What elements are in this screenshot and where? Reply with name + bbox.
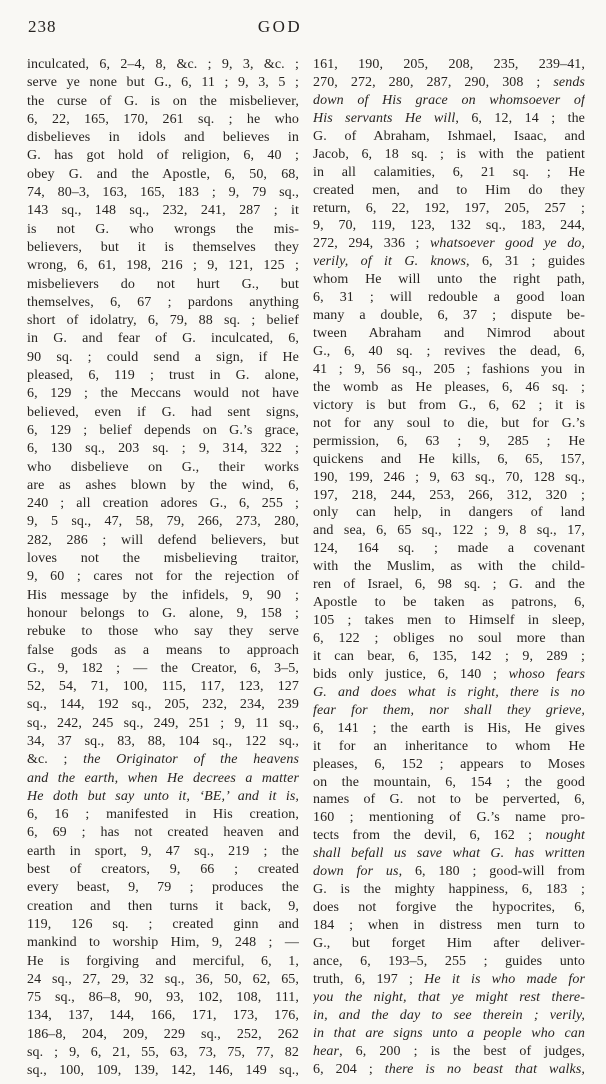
text-line: permission, 6, 63 ; 9, 285 ; He xyxy=(313,433,585,451)
text-line: Jacob, 6, 18 sq. ; is with the patient xyxy=(313,146,585,164)
text-line: shall befall us save what G. has written xyxy=(313,845,585,863)
text-line: fear for them, nor shall they grieve, xyxy=(313,702,585,720)
text-line: 272, 294, 336 ; whatsoever good ye do, xyxy=(313,235,585,253)
text-line: every beast, 9, 79 ; produces the xyxy=(27,879,299,897)
text-line: 6, 204 ; there is no beast that walks, xyxy=(313,1061,585,1079)
text-line: 124, 164 sq. ; made a covenant xyxy=(313,540,585,558)
text-line: 240 ; all creation adores G., 6, 255 ; xyxy=(27,495,299,513)
text-line: He doth but say unto it, ‘BE,’ and it is… xyxy=(27,788,299,806)
text-line: sq., 100, 109, 139, 142, 146, 149 sq., xyxy=(27,1062,299,1080)
text-line: His message by the infidels, 9, 90 ; xyxy=(27,587,299,605)
text-line: &c. ; the Originator of the heavens xyxy=(27,751,299,769)
column-right: 161, 190, 205, 208, 235, 239–41,270, 272… xyxy=(313,56,585,1081)
text-line: does not forgive the hypocrites, 6, xyxy=(313,899,585,917)
text-line: 134, 137, 144, 166, 171, 173, 176, xyxy=(27,1007,299,1025)
column-left: inculcated, 6, 2–4, 8, &c. ; 9, 3, &c. ;… xyxy=(27,56,299,1081)
text-line: 160 ; mentioning of G.’s name pro- xyxy=(313,809,585,827)
text-line: G. of Abraham, Ishmael, Isaac, and xyxy=(313,128,585,146)
text-line: believed, even if G. had sent signs, xyxy=(27,404,299,422)
text-line: 190, 199, 246 ; 9, 63 sq., 70, 128 sq., xyxy=(313,469,585,487)
text-line: with the Muslim, as with the child- xyxy=(313,558,585,576)
text-line: in, and the day to see therein ; verily, xyxy=(313,1007,585,1025)
text-line: earth in sport, 9, 47 sq., 219 ; the xyxy=(27,843,299,861)
text-line: 34, 37 sq., 83, 88, 104 sq., 122 sq., xyxy=(27,733,299,751)
text-line: G., but forget Him after deliver- xyxy=(313,935,585,953)
text-line: tween Abraham and Nimrod about xyxy=(313,325,585,343)
text-line: 105 ; takes men to Himself in sleep, xyxy=(313,612,585,630)
text-line: return, 6, 22, 192, 197, 205, 257 ; xyxy=(313,200,585,218)
text-line: you the night, that ye might rest there- xyxy=(313,989,585,1007)
text-line: best of creators, 9, 66 ; created xyxy=(27,861,299,879)
text-line: verily, of it G. knows, 6, 31 ; guides xyxy=(313,253,585,271)
text-line: 41 ; 9, 56 sq., 205 ; fashions you in xyxy=(313,361,585,379)
text-line: obey G. and the Apostle, 6, 50, 68, xyxy=(27,166,299,184)
text-line: 186–8, 204, 209, 229 sq., 252, 262 xyxy=(27,1026,299,1044)
text-line: 6, 129 ; the Meccans would not have xyxy=(27,385,299,403)
text-line: the womb as He pleases, 6, 46 sq. ; xyxy=(313,379,585,397)
text-line: and the earth, when He decrees a matter xyxy=(27,770,299,788)
text-line: whom He will unto the right path, xyxy=(313,271,585,289)
text-line: serve ye none but G., 6, 11 ; 9, 3, 5 ; xyxy=(27,74,299,92)
text-line: are as ashes blown by the wind, 6, xyxy=(27,477,299,495)
text-line: 9, 70, 119, 123, 132 sq., 183, 244, xyxy=(313,217,585,235)
text-line: 161, 190, 205, 208, 235, 239–41, xyxy=(313,56,585,74)
text-line: 9, 5 sq., 47, 58, 79, 266, 273, 280, xyxy=(27,513,299,531)
text-line: G., 9, 182 ; — the Creator, 6, 3–5, xyxy=(27,660,299,678)
text-line: pleased, 6, 119 ; trust in G. alone, xyxy=(27,367,299,385)
text-line: disbelieves in idols and believes in xyxy=(27,129,299,147)
text-line: false gods as a means to approach xyxy=(27,642,299,660)
text-line: in that are signs unto a people who can xyxy=(313,1025,585,1043)
text-columns: inculcated, 6, 2–4, 8, &c. ; 9, 3, &c. ;… xyxy=(27,56,586,1081)
text-line: in all calamities, 6, 21 sq. ; He xyxy=(313,164,585,182)
text-line: 75 sq., 86–8, 90, 93, 102, 108, 111, xyxy=(27,989,299,1007)
text-line: 90 sq. ; could send a sign, if He xyxy=(27,349,299,367)
text-line: rebuke to those who say they serve xyxy=(27,623,299,641)
text-line: G. and does what is right, there is no xyxy=(313,684,585,702)
text-line: 6, 22, 165, 170, 261 sq. ; he who xyxy=(27,111,299,129)
text-line: mankind to worship Him, 9, 248 ; — xyxy=(27,934,299,952)
text-line: 119, 126 sq. ; created ginn and xyxy=(27,916,299,934)
text-line: hear, 6, 200 ; is the best of judges, xyxy=(313,1043,585,1061)
text-line: misbelievers do not hurt G., but xyxy=(27,276,299,294)
text-line: and sea, 6, 65 sq., 122 ; 9, 8 sq., 17, xyxy=(313,522,585,540)
text-line: on the mountain, 6, 154 ; the good xyxy=(313,774,585,792)
text-line: down of His grace on whomsoever of xyxy=(313,92,585,110)
text-line: 6, 122 ; obliges no soul more than xyxy=(313,630,585,648)
text-line: it can bear, 6, 135, 142 ; 9, 289 ; xyxy=(313,648,585,666)
text-line: themselves, 6, 67 ; pardons anything xyxy=(27,294,299,312)
text-line: 74, 80–3, 163, 165, 183 ; 9, 79 sq., xyxy=(27,184,299,202)
text-line: sq. ; 9, 6, 21, 55, 63, 73, 75, 77, 82 xyxy=(27,1044,299,1062)
text-line: bids only justice, 6, 140 ; whoso fears xyxy=(313,666,585,684)
text-line: tects from the devil, 6, 162 ; nought xyxy=(313,827,585,845)
text-line: the curse of G. is on the misbeliever, xyxy=(27,93,299,111)
text-line: His servants He will, 6, 12, 14 ; the xyxy=(313,110,585,128)
text-line: 184 ; when in distress men turn to xyxy=(313,917,585,935)
text-line: G., 6, 40 sq. ; revives the dead, 6, xyxy=(313,343,585,361)
text-line: G. is the mighty happiness, 6, 183 ; xyxy=(313,881,585,899)
text-line: wrong, 6, 61, 198, 216 ; 9, 121, 125 ; xyxy=(27,257,299,275)
text-line: 197, 218, 244, 253, 266, 312, 320 ; xyxy=(313,487,585,505)
text-line: 143 sq., 148 sq., 232, 241, 287 ; it xyxy=(27,202,299,220)
text-line: creation and then turns it back, 9, xyxy=(27,898,299,916)
text-line: 9, 60 ; cares not for the rejection of xyxy=(27,568,299,586)
text-line: pleases, 6, 152 ; appears to Moses xyxy=(313,756,585,774)
text-line: sq., 144, 192 sq., 205, 232, 234, 239 xyxy=(27,696,299,714)
text-line: ance, 6, 193–5, 255 ; guides unto xyxy=(313,953,585,971)
text-line: who disbelieve on G., their works xyxy=(27,459,299,477)
running-head-title: GOD xyxy=(0,17,560,37)
text-line: loves not the misbelieving traitor, xyxy=(27,550,299,568)
text-line: 24 sq., 27, 29, 32 sq., 36, 50, 62, 65, xyxy=(27,971,299,989)
text-line: inculcated, 6, 2–4, 8, &c. ; 9, 3, &c. ; xyxy=(27,56,299,74)
book-page: 238 GOD inculcated, 6, 2–4, 8, &c. ; 9, … xyxy=(0,0,606,1084)
text-line: is not G. who wrongs the mis- xyxy=(27,221,299,239)
text-line: it for an inheritance to whom He xyxy=(313,738,585,756)
text-line: names of G. not to be perverted, 6, xyxy=(313,791,585,809)
text-line: believers, but it is themselves they xyxy=(27,239,299,257)
text-line: 6, 16 ; manifested in His creation, xyxy=(27,806,299,824)
text-line: many a double, 6, 37 ; dispute be- xyxy=(313,307,585,325)
text-line: He is forgiving and merciful, 6, 1, xyxy=(27,953,299,971)
text-line: 52, 54, 71, 100, 115, 117, 123, 127 xyxy=(27,678,299,696)
text-line: 6, 69 ; has not created heaven and xyxy=(27,824,299,842)
text-line: 6, 129 ; belief depends on G.’s grace, xyxy=(27,422,299,440)
text-line: 282, 286 ; will defend believers, but xyxy=(27,532,299,550)
text-line: truth, 6, 197 ; He it is who made for xyxy=(313,971,585,989)
text-line: quickens and He kills, 6, 65, 157, xyxy=(313,451,585,469)
text-line: ren of Israel, 6, 98 sq. ; G. and the xyxy=(313,576,585,594)
text-line: 6, 130 sq., 203 sq. ; 9, 314, 322 ; xyxy=(27,440,299,458)
text-line: only can help, in dangers of land xyxy=(313,504,585,522)
text-line: honour belongs to G. alone, 9, 158 ; xyxy=(27,605,299,623)
text-line: 270, 272, 280, 287, 290, 308 ; sends xyxy=(313,74,585,92)
text-line: sq., 242, 245 sq., 249, 251 ; 9, 11 sq., xyxy=(27,715,299,733)
text-line: not for any soul to die, but for G.’s xyxy=(313,415,585,433)
text-line: in G. and fear of G. inculcated, 6, xyxy=(27,330,299,348)
text-line: victory is but from G., 6, 62 ; it is xyxy=(313,397,585,415)
text-line: 6, 31 ; will redouble a good loan xyxy=(313,289,585,307)
text-line: Apostle to be taken as patrons, 6, xyxy=(313,594,585,612)
text-line: 6, 141 ; the earth is His, He gives xyxy=(313,720,585,738)
text-line: down for us, 6, 180 ; good-will from xyxy=(313,863,585,881)
text-line: short of idolatry, 6, 79, 88 sq. ; belie… xyxy=(27,312,299,330)
text-line: created men, and to Him do they xyxy=(313,182,585,200)
text-line: G. has got hold of religion, 6, 40 ; xyxy=(27,147,299,165)
